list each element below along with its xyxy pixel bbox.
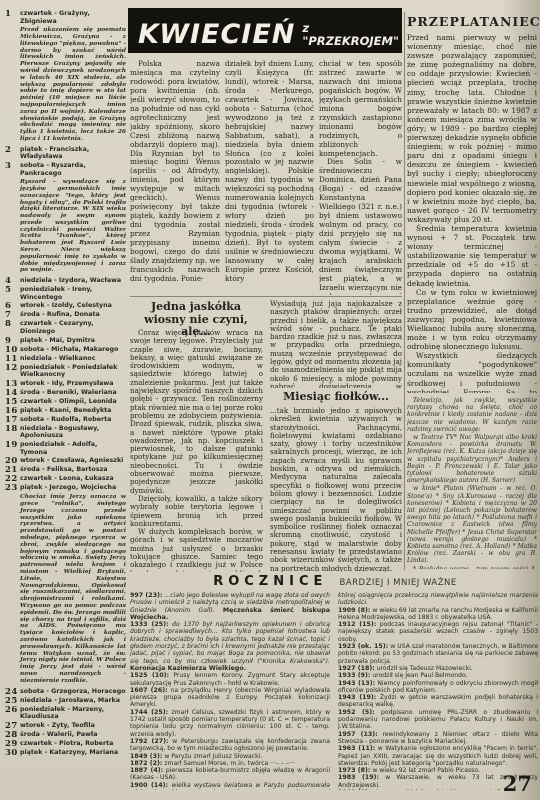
calendar-day-names: poniedziałek - Marzeny, Klaudiusza bbox=[20, 706, 126, 721]
calendar-row: 19 poniedziałek - Adolfa, Tymona bbox=[5, 441, 126, 456]
anniversary-text: w wieku 92 lat zmarł Pablo Picasso. bbox=[372, 767, 480, 774]
calendar-row: 14 środa - Bereniki, Waleriana bbox=[5, 389, 126, 397]
calendar-day-number: 1 bbox=[5, 10, 20, 25]
anniversary-entry: 1909 (8): w wieku 69 lat zmarła na ranch… bbox=[338, 607, 538, 622]
calendar-day-number: 11 bbox=[5, 355, 20, 363]
calendar-row: 1 czwartek - Grażyny, Zbigniewa Przed uk… bbox=[5, 10, 126, 143]
calendar-day-names: wtorek - Idy, Przemysława bbox=[20, 380, 114, 388]
calendar-day-names: środa - Bereniki, Waleriana bbox=[20, 389, 117, 397]
calendar-item: 26 poniedziałek - Marzeny, Klaudiusza bbox=[5, 706, 126, 721]
calendar-day-names: piątek - Kseni, Benedykta bbox=[20, 407, 111, 415]
calendar-day-number: 26 bbox=[5, 706, 20, 721]
anniversary-year: 1927 (18): bbox=[338, 665, 375, 672]
calendar-item: 25 niedziela - Jarosława, Marka bbox=[5, 697, 126, 705]
tv-paragraph: w kinie* Pluton (Wietnam - w reż. O. Sto… bbox=[407, 485, 537, 564]
anniversary-entry: 1927 (18): urodził się Tadeusz Mazowieck… bbox=[338, 665, 538, 672]
calendar-row: 6 wtorek - Izoldy, Celestyna bbox=[5, 302, 126, 310]
calendar-row: 11 niedziela - Wielkanoc bbox=[5, 355, 126, 363]
anniversary-year: 1525 (10): bbox=[130, 672, 169, 679]
calendar-row: 29 czwartek - Piotra, Roberta bbox=[5, 740, 126, 748]
calendar-day-names: czwartek - Leona, Łukasza bbox=[20, 475, 114, 483]
calendar-item: 14 środa - Bereniki, Waleriana bbox=[5, 389, 126, 397]
calendar-name-note: Ryszard - wywodzące się z języków germań… bbox=[20, 179, 126, 274]
calendar-item: 8 czwartek - Cezaryny, Dionizego bbox=[5, 320, 126, 335]
calendar-row: 30 piątek - Katarzyny, Mariana bbox=[5, 749, 126, 757]
weather-paragraph: Przed nami pierwszy w pełni wiosenny mie… bbox=[407, 33, 537, 224]
anniversary-text: pierwsze oddziały radzieckie opuszczają … bbox=[372, 789, 518, 790]
anniversary-entry: 1333 (25): do 1370 był najżarliwszym opi… bbox=[130, 621, 330, 672]
calendar-day-number: 25 bbox=[5, 697, 20, 705]
weather-heading: PRZEPLATANIEC bbox=[407, 14, 537, 29]
violets-heading: Miesiąc fiołków... bbox=[270, 390, 402, 403]
calendar-item: 12 poniedziałek - Poniedziałek Wielkanoc… bbox=[5, 364, 126, 379]
calendar-day-number: 14 bbox=[5, 389, 20, 397]
anniversary-year: 997 (23): bbox=[130, 592, 162, 599]
calendar-day-names: poniedziałek - Ireny, Wincentego bbox=[20, 286, 126, 301]
calendar-item: 22 czwartek - Leona, Łukasza bbox=[5, 475, 126, 483]
calendar-row: 22 czwartek - Leona, Łukasza bbox=[5, 475, 126, 483]
calendar-row: 12 poniedziałek - Poniedziałek Wielkanoc… bbox=[5, 364, 126, 379]
calendar-day-number: 2 bbox=[5, 146, 20, 161]
calendar-item: 1 czwartek - Grażyny, Zbigniewa bbox=[5, 10, 126, 25]
anniversaries-column-left: 997 (23): ...ciało jego Bolesław wykupił… bbox=[130, 592, 330, 790]
anniversary-year: 1943 (13): bbox=[338, 680, 375, 687]
anniversary-entry: 1900 (14): wielka wystawa światowa w Par… bbox=[130, 782, 330, 790]
intro-paragraph: Dies Solis - w średniowieczu Dominica, d… bbox=[319, 158, 402, 295]
weather-paragraph: Wszystkich śledzących komunikaty "pogody… bbox=[407, 351, 537, 393]
calendar-day-number: 15 bbox=[5, 398, 20, 406]
calendar-day-number: 10 bbox=[5, 346, 20, 354]
calendar-item: 18 niedziela - Bogusławy, Apoloniusza bbox=[5, 425, 126, 440]
anniversary-entry: 1923 (ok. 15): w USA szał maratonów tane… bbox=[338, 643, 538, 665]
intro-column-3: chciał w ten sposób zatrzeć zawarte w na… bbox=[319, 60, 402, 295]
calendar-row: 23 piątek - Jerzego, Wojciecha Chociaż i… bbox=[5, 484, 126, 684]
birds-paragraph: W dużych kompleksach borów, w górach i w… bbox=[130, 528, 263, 572]
calendar-name-note: Chociaż imię Jerzy oznacza w grece "roln… bbox=[20, 494, 126, 684]
calendar-day-names: piątek - Mai, Dymitra bbox=[20, 337, 95, 345]
anniversary-year: 1900 (14): bbox=[130, 782, 168, 789]
birds-paragraph: Dzięcioły, kowaliki, a także sikory wybr… bbox=[130, 495, 263, 528]
month-title: KWIECIEŃ bbox=[138, 21, 295, 48]
calendar-item: 17 sobota - Rudolfa, Roberta bbox=[5, 416, 126, 424]
calendar-day-number: 3 bbox=[5, 162, 20, 177]
anniversary-year: 1849 (3): bbox=[130, 753, 162, 760]
birds-paragraph: Coraz więcej ptaków wraca na swoje teren… bbox=[130, 329, 263, 495]
calendar-day-number: 17 bbox=[5, 416, 20, 424]
section-divider bbox=[130, 296, 402, 297]
anniversaries-column-right: której osiągnięcia przekroczą niewątpliw… bbox=[338, 592, 538, 790]
calendar-day-number: 8 bbox=[5, 320, 20, 335]
calendar-day-number: 6 bbox=[5, 302, 20, 310]
calendar-row: 17 sobota - Rudolfa, Roberta bbox=[5, 416, 126, 424]
calendar-day-number: 5 bbox=[5, 286, 20, 301]
anniversary-year: 1607 (26): bbox=[130, 687, 168, 694]
anniversary-year: 1973 (8): bbox=[338, 767, 370, 774]
calendar-row: 4 niedziela - Izydora, Wacława bbox=[5, 277, 126, 285]
anniversary-year: 1963 (11): bbox=[338, 745, 375, 752]
calendar-item: 10 sobota - Michała, Makarego bbox=[5, 346, 126, 354]
calendar-day-names: wtorek - Izoldy, Celestyna bbox=[20, 302, 112, 310]
calendar-row: 26 poniedziałek - Marzeny, Klaudiusza bbox=[5, 706, 126, 721]
calendar-row: 27 wtorek - Zyty, Teofila bbox=[5, 722, 126, 730]
calendar-column: 1 czwartek - Grażyny, Zbigniewa Przed uk… bbox=[5, 10, 126, 792]
tv-paragraph: Telewizja, jak zwykle, wszystkie rarytas… bbox=[407, 397, 537, 433]
anniversary-year: 1909 (8): bbox=[338, 607, 370, 614]
calendar-day-number: 23 bbox=[5, 484, 20, 492]
calendar-row: 18 niedziela - Bogusławy, Apoloniusza bbox=[5, 425, 126, 440]
calendar-day-names: sobota - Grzegorza, Horacego bbox=[20, 688, 126, 696]
calendar-day-number: 27 bbox=[5, 722, 20, 730]
weather-paragraph: Co w tym roku w kwietniowej przeplatance… bbox=[407, 288, 537, 352]
calendar-day-number: 19 bbox=[5, 441, 20, 456]
calendar-day-names: sobota - Ryszarda, Pankracego bbox=[20, 162, 126, 177]
calendar-row: 5 poniedziałek - Ireny, Wincentego bbox=[5, 286, 126, 301]
calendar-day-names: piątek - Jerzego, Wojciecha bbox=[20, 484, 116, 492]
month-banner: KWIECIEŃ z "PRZEKROJEM" bbox=[128, 8, 402, 53]
anniversary-entry: 1943 (19): Żydzi w getcie warszawskim po… bbox=[338, 694, 538, 709]
anniversary-year: 1933 (9): bbox=[338, 672, 370, 679]
calendar-row: 25 niedziela - Jarosława, Marka bbox=[5, 697, 126, 705]
calendar-item: 27 wtorek - Zyty, Teofila bbox=[5, 722, 126, 730]
calendar-item: 2 piątek - Franciszka, Władysława bbox=[5, 146, 126, 161]
calendar-item: 13 wtorek - Idy, Przemysława bbox=[5, 380, 126, 388]
calendar-day-names: sobota - Michała, Makarego bbox=[20, 346, 118, 354]
anniversaries-title: ROCZNICE bbox=[213, 574, 327, 589]
weather-article: Przed nami pierwszy w pełni wiosenny mie… bbox=[407, 33, 537, 393]
calendar-day-names: poniedziałek - Poniedziałek Wielkanocny bbox=[20, 364, 126, 379]
calendar-row: 13 wtorek - Idy, Przemysława bbox=[5, 380, 126, 388]
calendar-row: 16 piątek - Kseni, Benedykta bbox=[5, 407, 126, 415]
calendar-day-number: 4 bbox=[5, 277, 20, 285]
calendar-day-names: środa - Walerii, Pawła bbox=[20, 731, 97, 739]
calendar-row: 10 sobota - Michała, Makarego bbox=[5, 346, 126, 354]
anniversary-entry: 1792 (27): w Petersburgu zawiązała się k… bbox=[130, 738, 330, 753]
calendar-item: 15 czwartek - Olimpii, Leonida bbox=[5, 398, 126, 406]
calendar-item: 6 wtorek - Izoldy, Celestyna bbox=[5, 302, 126, 310]
calendar-day-names: wtorek - Czesława, Agnieszki bbox=[20, 457, 123, 465]
anniversary-year: 1983 (19): bbox=[338, 774, 379, 781]
anniversary-year: 1991 (9): bbox=[338, 789, 370, 790]
calendar-item: 24 sobota - Grzegorza, Horacego bbox=[5, 688, 126, 696]
calendar-day-number: 28 bbox=[5, 731, 20, 739]
anniversary-entry: 1525 (10): Prusy lennem Korony. Zygmunt … bbox=[130, 672, 330, 687]
anniversary-entry: 1887 (4): pierwsza kobieta-burmistrz obj… bbox=[130, 767, 330, 782]
calendar-row: 9 piątek - Mai, Dymitra bbox=[5, 337, 126, 345]
calendar-row: 3 sobota - Ryszarda, Pankracego Ryszard … bbox=[5, 162, 126, 274]
calendar-day-names: środa - Rufina, Donata bbox=[20, 311, 100, 319]
calendar-item: 3 sobota - Ryszarda, Pankracego bbox=[5, 162, 126, 177]
calendar-day-names: sobota - Rudolfa, Roberta bbox=[20, 416, 111, 424]
anniversary-year: 1887 (4): bbox=[130, 767, 163, 774]
calendar-row: 7 środa - Rufina, Donata bbox=[5, 311, 126, 319]
calendar-day-number: 12 bbox=[5, 364, 20, 379]
calendar-day-names: czwartek - Piotra, Roberta bbox=[20, 740, 113, 748]
calendar-day-number: 29 bbox=[5, 740, 20, 748]
calendar-day-number: 24 bbox=[5, 688, 20, 696]
anniversary-entry: 1912 (15): podczas inauguracyjnego rejsu… bbox=[338, 621, 538, 643]
anniversary-text: w Paryżu zmarł Juliusz Słowacki. bbox=[164, 753, 262, 760]
calendar-row: 2 piątek - Franciszka, Władysława bbox=[5, 146, 126, 161]
calendar-item: 4 niedziela - Izydora, Wacława bbox=[5, 277, 126, 285]
anniversary-year: 1952 (5): bbox=[338, 709, 375, 716]
anniversary-year: 1792 (27): bbox=[130, 738, 169, 745]
calendar-day-names: niedziela - Izydora, Wacława bbox=[20, 277, 121, 285]
anniversary-quote: do 1370 był najżarliwszym opiekunem i ob… bbox=[130, 621, 330, 664]
calendar-item: 16 piątek - Kseni, Benedykta bbox=[5, 407, 126, 415]
violets-paragraph: ...tak brzmiało jedno z opisowych określ… bbox=[270, 407, 402, 572]
calendar-row: 21 środa - Feliksa, Bartosza bbox=[5, 466, 126, 474]
anniversary-entry: której osiągnięcia przekroczą niewątpliw… bbox=[338, 592, 538, 607]
anniversary-text: zmarł Samuel Morse, m.in. twórca ···– – … bbox=[164, 760, 295, 767]
anniversary-year: 1957 (13): bbox=[338, 731, 378, 738]
intro-paragraph: Polska nazwa miesiąca ma czytelny rodowó… bbox=[130, 60, 220, 284]
calendar-day-number: 9 bbox=[5, 337, 20, 345]
calendar-item: 21 środa - Feliksa, Bartosza bbox=[5, 466, 126, 474]
calendar-item: 20 wtorek - Czesława, Agnieszki bbox=[5, 457, 126, 465]
month-subtitle: z "PRZEKROJEM" bbox=[302, 22, 402, 48]
calendar-item: 30 piątek - Katarzyny, Mariana bbox=[5, 749, 126, 757]
intro-column-2: działek był dniem Luny, czyli Księżyca (… bbox=[225, 60, 314, 295]
tv-paragraph: w Teatrze TV* Noc Walpurgii albo kroki K… bbox=[407, 434, 537, 484]
calendar-item: 5 poniedziałek - Ireny, Wincentego bbox=[5, 286, 126, 301]
calendar-day-number: 7 bbox=[5, 311, 20, 319]
anniversary-year: 1943 (19): bbox=[338, 694, 376, 701]
calendar-item: 19 poniedziałek - Adolfa, Tymona bbox=[5, 441, 126, 456]
anniversary-text: urodził się Jean Paul Belmondo. bbox=[372, 672, 467, 679]
calendar-day-names: wtorek - Zyty, Teofila bbox=[20, 722, 95, 730]
anniversary-quote: której osiągnięcia przekroczą niewątpliw… bbox=[338, 592, 538, 606]
calendar-item: 7 środa - Rufina, Donata bbox=[5, 311, 126, 319]
anniversary-year: 1744 (25): bbox=[130, 709, 168, 716]
calendar-day-names: czwartek - Grażyny, Zbigniewa bbox=[20, 10, 126, 25]
calendar-row: 15 czwartek - Olimpii, Leonida bbox=[5, 398, 126, 406]
calendar-day-number: 16 bbox=[5, 407, 20, 415]
calendar-row: 20 wtorek - Czesława, Agnieszki bbox=[5, 457, 126, 465]
anniversaries-heading: ROCZNICE BARDZIEJ I MNIEJ WAŻNE bbox=[133, 570, 537, 589]
anniversary-entry: 1952 (5): podpisano umowę PRL-ZSRR o zbu… bbox=[338, 709, 538, 731]
calendar-day-names: czwartek - Olimpii, Leonida bbox=[20, 398, 117, 406]
calendar-item: 23 piątek - Jerzego, Wojciecha bbox=[5, 484, 126, 492]
column-divider bbox=[404, 12, 405, 570]
calendar-day-number: 20 bbox=[5, 457, 20, 465]
anniversary-entry: 1933 (9): urodził się Jean Paul Belmondo… bbox=[338, 672, 538, 679]
magazine-page: 1 czwartek - Grażyny, Zbigniewa Przed uk… bbox=[0, 0, 540, 800]
anniversaries-subtitle: BARDZIEJ I MNIEJ WAŻNE bbox=[339, 578, 456, 588]
anniversary-entry: 1607 (26): na przylądku Henry (obecnie W… bbox=[130, 687, 330, 709]
page-number: 27 bbox=[503, 771, 532, 796]
calendar-item: 11 niedziela - Wielkanoc bbox=[5, 355, 126, 363]
calendar-name-note: Przed ukazaniem się poematu Mickiewicza,… bbox=[20, 27, 126, 143]
calendar-day-number: 21 bbox=[5, 466, 20, 474]
anniversary-entry: 1744 (25): zmarł Celsius, szwedzki fizyk… bbox=[130, 709, 330, 738]
tv-paragraph: * Bezludna wyspa - tym razem gości A. Pe… bbox=[407, 566, 537, 569]
calendar-day-number: 18 bbox=[5, 425, 20, 440]
weather-paragraph: Średnia temperatura kwietnia wynosi + 7 … bbox=[407, 224, 537, 288]
calendar-day-number: 30 bbox=[5, 749, 20, 757]
anniversary-entry: 1957 (13): rewindykowany z Niemiec ołtar… bbox=[338, 731, 538, 746]
calendar-item: 9 piątek - Mai, Dymitra bbox=[5, 337, 126, 345]
birds-column-right: Wysiadują już jaja najokazalsze z naszyc… bbox=[270, 300, 402, 388]
calendar-row: 28 środa - Walerii, Pawła bbox=[5, 731, 126, 739]
anniversary-text: urodził się Tadeusz Mazowiecki. bbox=[377, 665, 473, 672]
intro-paragraph: chciał w ten sposób zatrzeć zawarte w na… bbox=[319, 60, 402, 158]
calendar-day-names: niedziela - Wielkanoc bbox=[20, 355, 95, 363]
calendar-day-names: środa - Feliksa, Bartosza bbox=[20, 466, 108, 474]
anniversary-entry: 1943 (13): Niemcy poinformowały o odkryc… bbox=[338, 680, 538, 695]
calendar-day-names: niedziela - Jarosława, Marka bbox=[20, 697, 120, 705]
birds-column-left: Coraz więcej ptaków wraca na swoje teren… bbox=[130, 329, 263, 572]
anniversary-entry: 1849 (3): w Paryżu zmarł Juliusz Słowack… bbox=[130, 753, 330, 760]
anniversary-event: Koronacja Kazimierza Wielkiego. bbox=[130, 665, 246, 672]
calendar-day-names: czwartek - Cezaryny, Dionizego bbox=[20, 320, 126, 335]
anniversary-year: 1923 (ok. 15): bbox=[338, 643, 388, 650]
calendar-day-names: piątek - Katarzyny, Mariana bbox=[20, 749, 118, 757]
calendar-day-names: niedziela - Bogusławy, Apoloniusza bbox=[20, 425, 126, 440]
calendar-row: 8 czwartek - Cezaryny, Dionizego bbox=[5, 320, 126, 335]
calendar-day-number: 22 bbox=[5, 475, 20, 483]
intro-paragraph: działek był dniem Luny, czyli Księżyca (… bbox=[225, 60, 314, 284]
anniversary-entry: 997 (23): ...ciało jego Bolesław wykupił… bbox=[130, 592, 330, 621]
calendar-item: 28 środa - Walerii, Pawła bbox=[5, 731, 126, 739]
calendar-day-names: piątek - Franciszka, Władysława bbox=[20, 146, 126, 161]
calendar-item: 29 czwartek - Piotra, Roberta bbox=[5, 740, 126, 748]
calendar-day-names: poniedziałek - Adolfa, Tymona bbox=[20, 441, 126, 456]
anniversary-year: 1872 (2): bbox=[130, 760, 162, 767]
anniversary-entry: 1872 (2): zmarł Samuel Morse, m.in. twór… bbox=[130, 760, 330, 767]
tv-notes: Telewizja, jak zwykle, wszystkie rarytas… bbox=[407, 397, 537, 569]
birds-paragraph: Wysiadują już jaja najokazalsze z naszyc… bbox=[270, 300, 402, 388]
intro-column-1: Polska nazwa miesiąca ma czytelny rodowó… bbox=[130, 60, 220, 295]
calendar-day-number: 13 bbox=[5, 380, 20, 388]
calendar-row: 24 sobota - Grzegorza, Horacego bbox=[5, 688, 126, 696]
anniversary-entry: 1963 (11): w Watykanie ogłoszono encykli… bbox=[338, 745, 538, 767]
